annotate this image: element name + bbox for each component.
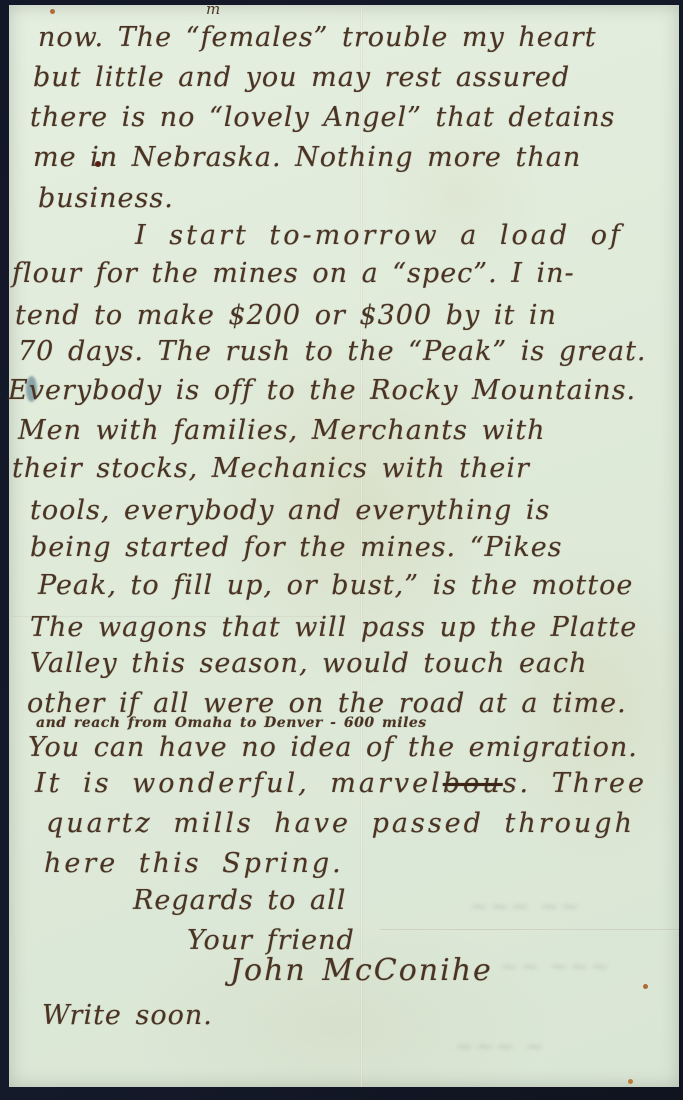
letter-line: being started for the mines. “Pikes	[30, 532, 563, 564]
postscript: Write soon.	[42, 1000, 213, 1032]
letter-line: their stocks, Mechanics with their	[12, 453, 530, 485]
letter-line: You can have no idea of the emigration.	[28, 732, 638, 764]
bleed-through-writing: ~~~ ~~	[470, 895, 581, 920]
stain	[628, 1079, 633, 1084]
letter-line: I start to-morrow a load of	[135, 220, 623, 252]
letter-line: now. The “females” trouble my heart	[38, 22, 597, 54]
letter-line: Everybody is off to the Rocky Mountains.	[8, 375, 636, 407]
closing-regards: Regards to all	[133, 885, 346, 917]
letter-line: flour for the mines on a “spec”. I in-	[12, 258, 575, 290]
letter-line: business.	[38, 183, 174, 215]
horizontal-fold-crease	[380, 929, 679, 931]
strike-before: It is wonderful, marvel	[35, 768, 443, 799]
letter-line: quartz mills have passed through	[46, 808, 635, 840]
letter-line: tend to make $200 or $300 by it in	[15, 300, 557, 332]
interline-insertion: and reach from Omaha to Denver - 600 mil…	[36, 715, 427, 732]
letter-line: Valley this season, would touch each	[30, 648, 588, 680]
stain	[643, 984, 648, 989]
strike-after: s. Three	[503, 768, 647, 799]
letter-scan: ~~~ ~~ ~~ ~~~ ~~~ ~ m now. The “females”…	[0, 0, 683, 1100]
letter-line: but little and you may rest assured	[33, 62, 570, 94]
letter-line: Peak, to fill up, or bust,” is the motto…	[38, 570, 633, 602]
letter-line: Men with families, Merchants with	[18, 415, 546, 447]
strikethrough-text: bou	[443, 768, 503, 799]
letter-line: The wagons that will pass up the Platte	[30, 612, 637, 644]
letter-line: me in Nebraska. Nothing more than	[33, 142, 581, 174]
letter-line: there is no “lovely Angel” that detains	[30, 102, 615, 134]
superscript-insertion: m	[206, 0, 220, 18]
bleed-through-writing: ~~ ~~~	[500, 955, 611, 980]
stain	[50, 9, 55, 14]
letter-line: here this Spring.	[44, 848, 344, 880]
letter-line: 70 days. The rush to the “Peak” is great…	[18, 336, 647, 368]
bleed-through-writing: ~~~ ~	[455, 1035, 546, 1060]
letter-line-with-correction: It is wonderful, marvelbous. Three	[35, 768, 647, 800]
signature: John McConihe	[230, 953, 493, 989]
letter-line: tools, everybody and everything is	[30, 495, 550, 527]
